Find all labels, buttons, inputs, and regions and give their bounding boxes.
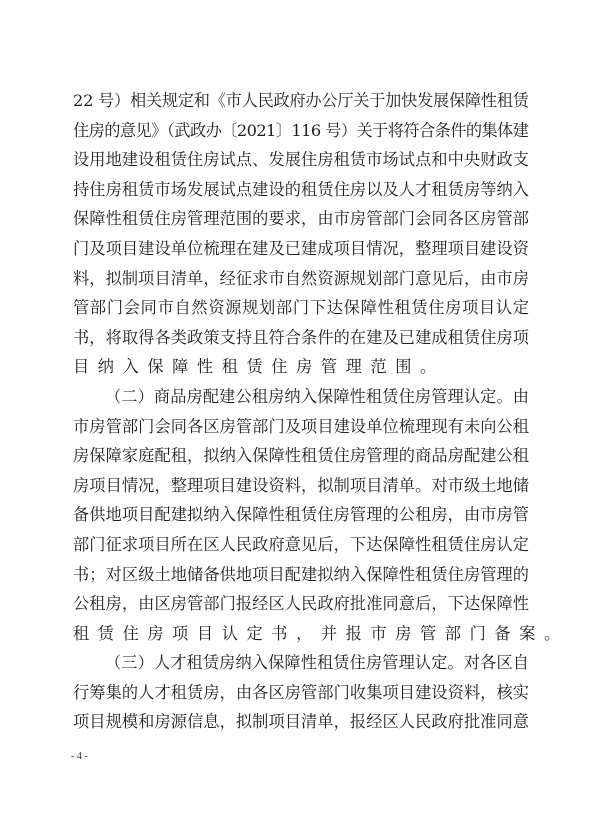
text-line: 22 号）相关规定和《市人民政府办公厅关于加快发展保障性租赁 bbox=[73, 86, 529, 116]
text-line: 备供地项目配建拟纳入保障性租赁住房管理的公租房，由市房管 bbox=[73, 500, 529, 530]
text-line: 门及项目建设单位梳理在建及已建成项目情况，整理项目建设资 bbox=[73, 234, 529, 264]
text-line: 住房的意见》（武政办〔2021〕116 号）关于将符合条件的集体建 bbox=[73, 116, 529, 146]
text-line: 部门征求项目所在区人民政府意见后，下达保障性租赁住房认定 bbox=[73, 530, 529, 560]
text-line: 书；对区级土地储备供地项目配建拟纳入保障性租赁住房管理的 bbox=[73, 560, 529, 590]
page-number: - 4 - bbox=[71, 751, 88, 762]
text-line: 书，将取得各类政策支持且符合条件的在建及已建成租赁住房项 bbox=[73, 323, 529, 353]
text-line: 公租房，由区房管部门报经区人民政府批准同意后，下达保障性 bbox=[73, 589, 529, 619]
document-body: 22 号）相关规定和《市人民政府办公厅关于加快发展保障性租赁 住房的意见》（武政… bbox=[73, 86, 529, 737]
text-line: 租赁住房项目认定书，并报市房管部门备案。 bbox=[73, 619, 529, 649]
text-line: 保障性租赁住房管理范围的要求，由市房管部门会同各区房管部 bbox=[73, 204, 529, 234]
text-line: 设用地建设租赁住房试点、发展住房租赁市场试点和中央财政支 bbox=[73, 145, 529, 175]
text-line: 持住房租赁市场发展试点建设的租赁住房以及人才租赁房等纳入 bbox=[73, 175, 529, 205]
text-line: 管部门会同市自然资源规划部门下达保障性租赁住房项目认定 bbox=[73, 293, 529, 323]
text-line: 料，拟制项目清单，经征求市自然资源规划部门意见后，由市房 bbox=[73, 264, 529, 294]
document-page: 22 号）相关规定和《市人民政府办公厅关于加快发展保障性租赁 住房的意见》（武政… bbox=[0, 0, 596, 816]
text-line: 目纳入保障性租赁住房管理范围。 bbox=[73, 352, 529, 382]
text-line: 房项目情况，整理项目建设资料，拟制项目清单。对市级土地储 bbox=[73, 471, 529, 501]
text-line: 市房管部门会同各区房管部门及项目建设单位梳理现有未向公租 bbox=[73, 412, 529, 442]
text-line: 项目规模和房源信息，拟制项目清单，报经区人民政府批准同意 bbox=[73, 707, 529, 737]
text-line: 行筹集的人才租赁房，由各区房管部门收集项目建设资料，核实 bbox=[73, 678, 529, 708]
section-heading-line: （三）人才租赁房纳入保障性租赁住房管理认定。对各区自 bbox=[73, 648, 529, 678]
text-line: 房保障家庭配租，拟纳入保障性租赁住房管理的商品房配建公租 bbox=[73, 441, 529, 471]
section-heading-line: （二）商品房配建公租房纳入保障性租赁住房管理认定。由 bbox=[73, 382, 529, 412]
